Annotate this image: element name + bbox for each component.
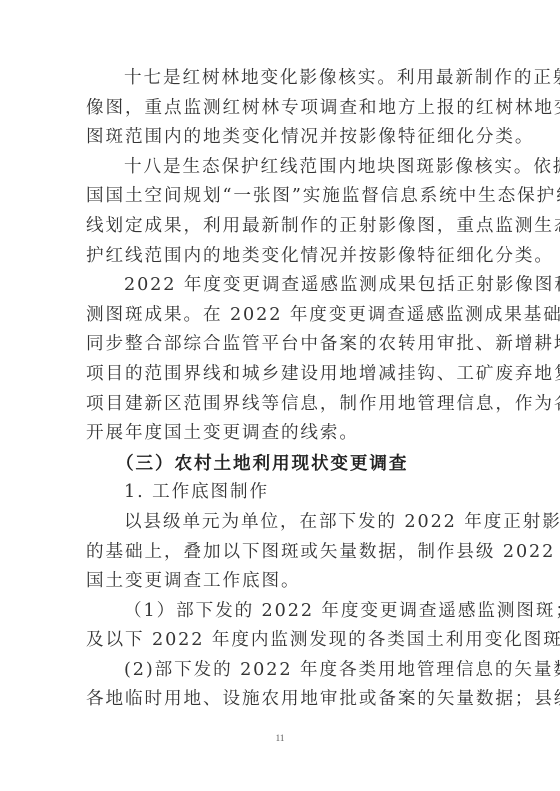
text-line: (2)部下发的 2022 年度各类用地管理信息的矢量数据； [86,656,478,686]
text-line: 国土变更调查工作底图。 [86,567,478,597]
text-line: 各地临时用地、设施农用地审批或备案的矢量数据；县级尚 [86,685,478,715]
text-line: 国国土空间规划“一张图”实施监督信息系统中生态保护红 [86,182,478,212]
text-line: 以县级单元为单位，在部下发的 2022 年度正射影像图 [86,508,478,538]
paragraph-ecological-redline-verification: 十八是生态保护红线范围内地块图斑影像核实。依据全 国国土空间规划“一张图”实施监… [86,153,478,271]
subsection-heading: 1. 工作底图制作 [86,478,478,508]
text-line: 十七是红树林地变化影像核实。利用最新制作的正射影 [86,64,478,94]
text-line: 的基础上，叠加以下图斑或矢量数据，制作县级 2022 年度 [86,538,478,568]
text-line: 项目的范围界线和城乡建设用地增减挂钩、工矿废弃地复垦 [86,360,478,390]
paragraph-mangrove-verification: 十七是红树林地变化影像核实。利用最新制作的正射影 像图，重点监测红树林专项调查和… [86,64,478,153]
text-line: 及以下 2022 年度内监测发现的各类国土利用变化图斑。 [86,626,478,656]
paragraph-base-map-production: 以县级单元为单位，在部下发的 2022 年度正射影像图 的基础上，叠加以下图斑或… [86,508,478,597]
text-line: 十八是生态保护红线范围内地块图斑影像核实。依据全 [86,153,478,183]
paragraph-2022-monitoring-results: 2022 年度变更调查遥感监测成果包括正射影像图和监 测图斑成果。在 2022 … [86,271,478,449]
body-text: 十七是红树林地变化影像核实。利用最新制作的正射影 像图，重点监测红树林专项调查和… [86,64,478,715]
text-line: 像图，重点监测红树林专项调查和地方上报的红树林地变化 [86,94,478,124]
list-item-1: （1）部下发的 2022 年度变更调查遥感监测图斑；省级 及以下 2022 年度… [86,597,478,656]
section-heading: （三）农村土地利用现状变更调查 [86,449,478,479]
text-line: 项目建新区范围界线等信息，制作用地管理信息，作为各地 [86,390,478,420]
text-line: 2022 年度变更调查遥感监测成果包括正射影像图和监 [86,271,478,301]
list-item-2: (2)部下发的 2022 年度各类用地管理信息的矢量数据； 各地临时用地、设施农… [86,656,478,715]
page-number: 11 [0,733,560,743]
text-line: 线划定成果，利用最新制作的正射影像图，重点监测生态保 [86,212,478,242]
text-line: 图斑范围内的地类变化情况并按影像特征细化分类。 [86,123,478,153]
text-line: 开展年度国土变更调查的线索。 [86,419,478,449]
document-page: 十七是红树林地变化影像核实。利用最新制作的正射影 像图，重点监测红树林专项调查和… [0,0,560,791]
text-line: （1）部下发的 2022 年度变更调查遥感监测图斑；省级 [86,597,478,627]
text-line: 同步整合部综合监管平台中备案的农转用审批、新增耕地等 [86,330,478,360]
text-line: 护红线范围内的地类变化情况并按影像特征细化分类。 [86,242,478,272]
text-line: 测图斑成果。在 2022 年度变更调查遥感监测成果基础上， [86,301,478,331]
